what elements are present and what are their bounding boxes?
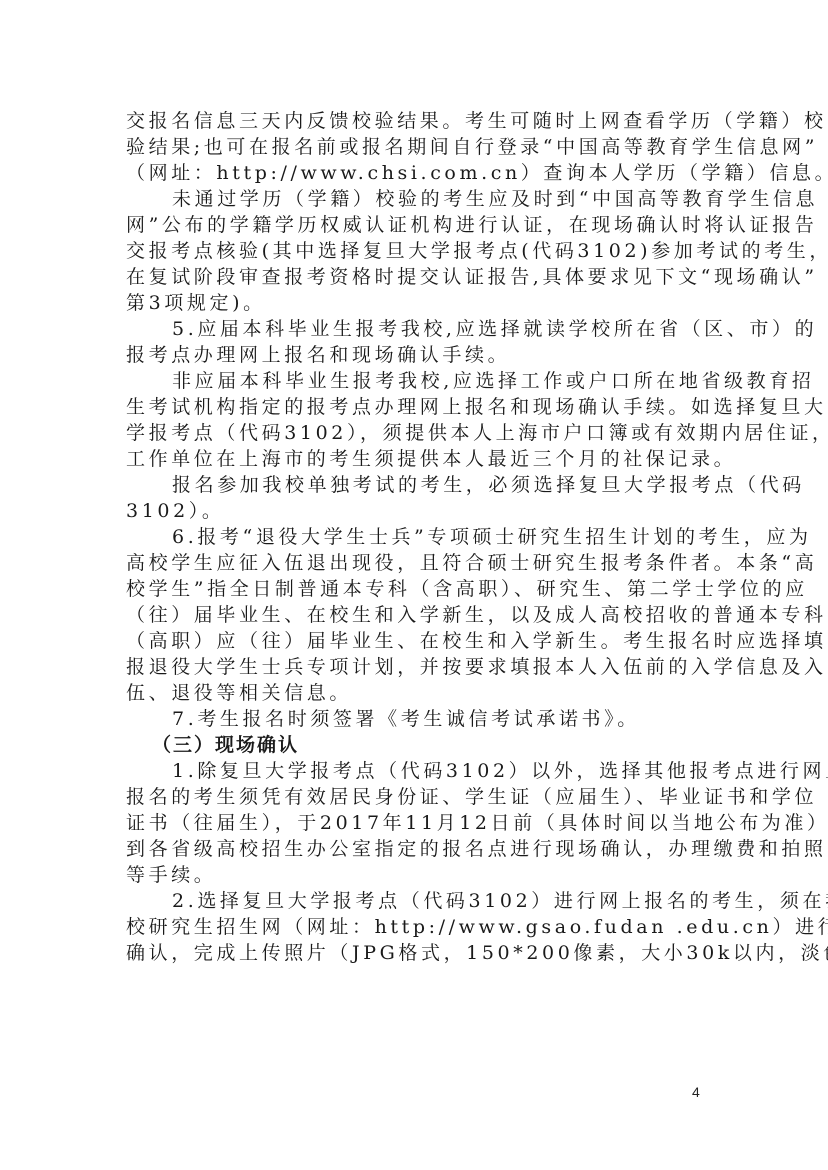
text-line: （高职）应（往）届毕业生、在校生和入学新生。考生报名时应选择填: [126, 628, 710, 654]
text-line: 生考试机构指定的报考点办理网上报名和现场确认手续。如选择复旦大: [126, 394, 710, 420]
paragraph-item-6: 6.报考“退役大学生士兵”专项硕士研究生招生计划的考生，应为 高校学生应征入伍退…: [126, 524, 710, 706]
paragraph-independent-exam: 报名参加我校单独考试的考生，必须选择复旦大学报考点（代码 3102）。: [126, 472, 710, 524]
text-line: （网址：http://www.chsi.com.cn）查询本人学历（学籍）信息。: [126, 160, 710, 186]
text-line: 第3项规定)。: [126, 290, 710, 316]
text-line: 校研究生招生网（网址：http://www.gsao.fudan .edu.cn…: [126, 914, 710, 940]
paragraph-item-5: 5.应届本科毕业生报考我校,应选择就读学校所在省（区、市）的 报考点办理网上报名…: [126, 316, 710, 368]
text-line: 交报考点核验(其中选择复旦大学报考点(代码3102)参加考试的考生，: [126, 238, 710, 264]
text-line: 证书（往届生），于2017年11月12日前（具体时间以当地公布为准）: [126, 810, 710, 836]
text-line: 5.应届本科毕业生报考我校,应选择就读学校所在省（区、市）的: [126, 316, 710, 342]
text-line: 网”公布的学籍学历权威认证机构进行认证，在现场确认时将认证报告: [126, 212, 710, 238]
page-number: 4: [692, 1084, 700, 1100]
text-line: 2.选择复旦大学报考点（代码3102）进行网上报名的考生，须在我: [126, 888, 710, 914]
text-line: 在复试阶段审查报考资格时提交认证报告,具体要求见下文“现场确认”: [126, 264, 710, 290]
paragraph-item-7: 7.考生报名时须签署《考生诚信考试承诺书》。: [126, 706, 710, 732]
text-line: 伍、退役等相关信息。: [126, 680, 710, 706]
text-line: （往）届毕业生、在校生和入学新生，以及成人高校招收的普通本专科: [126, 602, 710, 628]
text-line: 报名参加我校单独考试的考生，必须选择复旦大学报考点（代码: [126, 472, 710, 498]
text-line: 确认，完成上传照片（JPG格式，150*200像素，大小30k以内，淡色: [126, 940, 710, 966]
text-line: 学报考点（代码3102），须提供本人上海市户口簿或有效期内居住证，: [126, 420, 710, 446]
text-line: 7.考生报名时须签署《考生诚信考试承诺书》。: [126, 706, 710, 732]
paragraph-failed-verification: 未通过学历（学籍）校验的考生应及时到“中国高等教育学生信息 网”公布的学籍学历权…: [126, 186, 710, 316]
text-line: 报考点办理网上报名和现场确认手续。: [126, 342, 710, 368]
text-line: 报名的考生须凭有效居民身份证、学生证（应届生）、毕业证书和学位: [126, 784, 710, 810]
text-line: 报退役大学生士兵专项计划，并按要求填报本人入伍前的入学信息及入: [126, 654, 710, 680]
document-page: 交报名信息三天内反馈校验结果。考生可随时上网查看学历（学籍）校 验结果;也可在报…: [126, 108, 710, 966]
paragraph-confirm-2: 2.选择复旦大学报考点（代码3102）进行网上报名的考生，须在我 校研究生招生网…: [126, 888, 710, 966]
text-line: 验结果;也可在报名前或报名期间自行登录“中国高等教育学生信息网”: [126, 134, 710, 160]
text-line: 交报名信息三天内反馈校验结果。考生可随时上网查看学历（学籍）校: [126, 108, 710, 134]
text-line: 6.报考“退役大学生士兵”专项硕士研究生招生计划的考生，应为: [126, 524, 710, 550]
paragraph-verification-result: 交报名信息三天内反馈校验结果。考生可随时上网查看学历（学籍）校 验结果;也可在报…: [126, 108, 710, 186]
section-heading: （三）现场确认: [126, 732, 710, 758]
text-line: 工作单位在上海市的考生须提供本人最近三个月的社保记录。: [126, 446, 710, 472]
text-line: 到各省级高校招生办公室指定的报名点进行现场确认，办理缴费和拍照: [126, 836, 710, 862]
paragraph-confirm-1: 1.除复旦大学报考点（代码3102）以外，选择其他报考点进行网上 报名的考生须凭…: [126, 758, 710, 888]
text-line: 未通过学历（学籍）校验的考生应及时到“中国高等教育学生信息: [126, 186, 710, 212]
text-line: 非应届本科毕业生报考我校,应选择工作或户口所在地省级教育招: [126, 368, 710, 394]
text-line: 3102）。: [126, 498, 710, 524]
text-line: 等手续。: [126, 862, 710, 888]
text-line: 高校学生应征入伍退出现役，且符合硕士研究生报考条件者。本条“高: [126, 550, 710, 576]
paragraph-non-graduates: 非应届本科毕业生报考我校,应选择工作或户口所在地省级教育招 生考试机构指定的报考…: [126, 368, 710, 472]
text-line: 校学生”指全日制普通本专科（含高职）、研究生、第二学士学位的应: [126, 576, 710, 602]
text-line: 1.除复旦大学报考点（代码3102）以外，选择其他报考点进行网上: [126, 758, 710, 784]
